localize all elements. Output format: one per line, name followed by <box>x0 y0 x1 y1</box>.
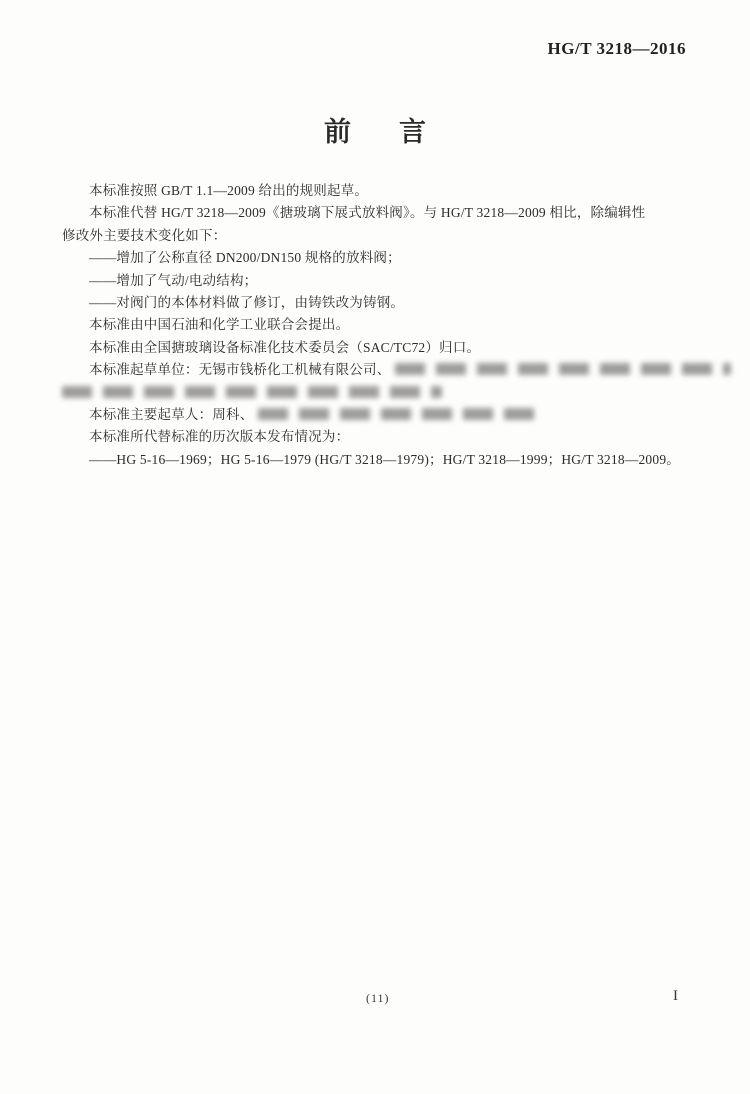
foreword-line-text: ——HG 5-16—1969；HG 5-16—1979 (HG/T 3218—1… <box>89 452 680 467</box>
foreword-line: 本标准所代替标准的历次版本发布情况为： <box>62 426 694 448</box>
footer-page-number: (11) <box>366 991 390 1006</box>
footer-roman-numeral: I <box>673 988 678 1005</box>
foreword-line <box>62 382 694 404</box>
foreword-line-text: 本标准按照 GB/T 1.1—2009 给出的规则起草。 <box>89 183 368 198</box>
title-char-right: 言 <box>399 110 426 149</box>
foreword-line-text: 本标准由中国石油和化学工业联合会提出。 <box>89 317 349 332</box>
foreword-line-text: 本标准由全国搪玻璃设备标准化技术委员会（SAC/TC72）归口。 <box>89 340 480 355</box>
document-page: HG/T 3218—2016 前 言 本标准按照 GB/T 1.1—2009 给… <box>0 0 750 1094</box>
foreword-line: ——增加了气动/电动结构； <box>62 270 694 292</box>
title-char-left: 前 <box>324 110 351 149</box>
redacted-text-blur <box>62 386 442 398</box>
foreword-line: 本标准主要起草人：周科、 <box>62 404 694 426</box>
foreword-line-text: 本标准所代替标准的历次版本发布情况为： <box>89 429 349 444</box>
foreword-line-text: 修改外主要技术变化如下： <box>62 228 226 243</box>
redacted-text-blur <box>395 363 731 375</box>
foreword-line: 本标准由全国搪玻璃设备标准化技术委员会（SAC/TC72）归口。 <box>62 337 694 359</box>
foreword-line-text: 本标准代替 HG/T 3218—2009《搪玻璃下展式放料阀》。与 HG/T 3… <box>89 205 645 220</box>
foreword-line-text: ——对阀门的本体材料做了修订，由铸铁改为铸钢。 <box>89 295 404 310</box>
standard-code-header: HG/T 3218—2016 <box>548 39 686 59</box>
foreword-line: 本标准起草单位：无锡市钱桥化工机械有限公司、 <box>62 359 694 381</box>
foreword-line: 本标准按照 GB/T 1.1—2009 给出的规则起草。 <box>62 180 694 202</box>
foreword-line: 本标准代替 HG/T 3218—2009《搪玻璃下展式放料阀》。与 HG/T 3… <box>62 202 694 224</box>
foreword-line-text: ——增加了气动/电动结构； <box>89 273 257 288</box>
foreword-line-text: 本标准起草单位：无锡市钱桥化工机械有限公司、 <box>89 362 390 377</box>
foreword-line: 修改外主要技术变化如下： <box>62 225 694 247</box>
foreword-line: 本标准由中国石油和化学工业联合会提出。 <box>62 314 694 336</box>
foreword-line: ——增加了公称直径 DN200/DN150 规格的放料阀； <box>62 247 694 269</box>
page-title: 前 言 <box>0 110 750 149</box>
foreword-line: ——对阀门的本体材料做了修订，由铸铁改为铸钢。 <box>62 292 694 314</box>
foreword-line-text: ——增加了公称直径 DN200/DN150 规格的放料阀； <box>89 250 401 265</box>
foreword-body: 本标准按照 GB/T 1.1—2009 给出的规则起草。本标准代替 HG/T 3… <box>62 180 694 471</box>
redacted-text-blur <box>258 408 539 420</box>
foreword-line: ——HG 5-16—1969；HG 5-16—1979 (HG/T 3218—1… <box>62 449 694 471</box>
foreword-line-text: 本标准主要起草人：周科、 <box>89 407 253 422</box>
